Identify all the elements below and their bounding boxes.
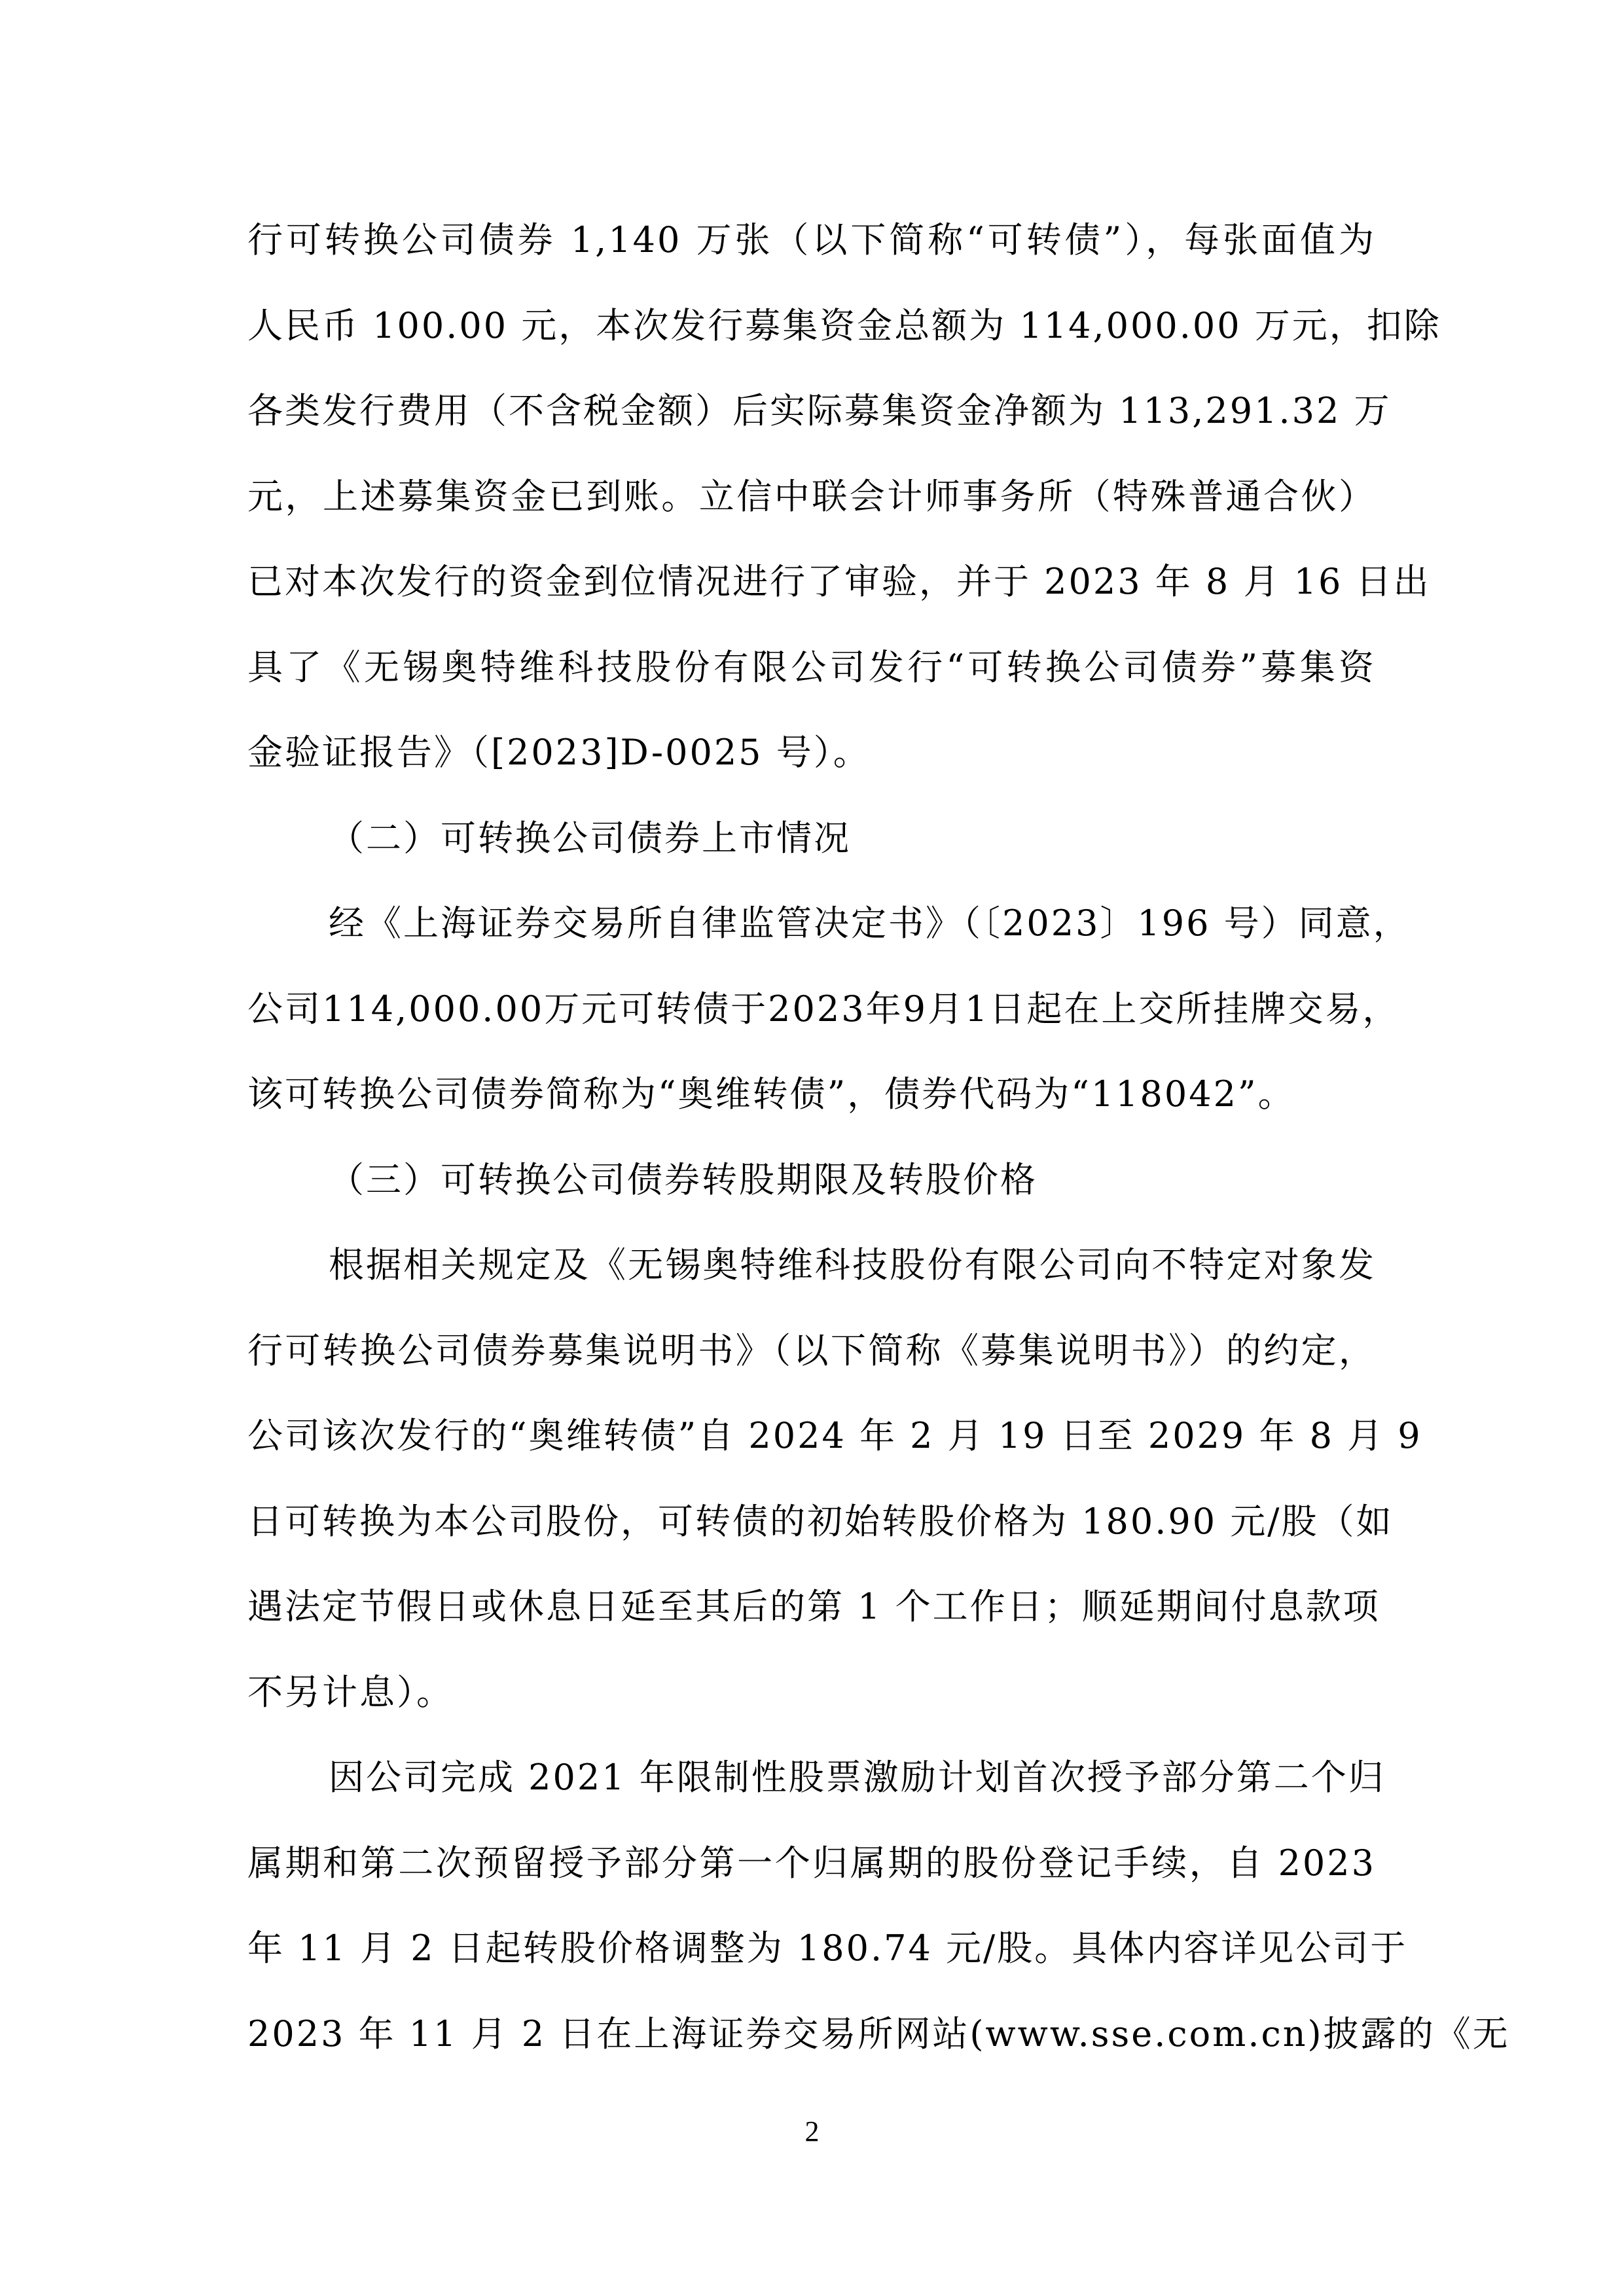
paragraph-price-adjustment: 因公司完成 2021 年限制性股票激励计划首次授予部分第二个归 属期和第二次预留… xyxy=(247,1748,1376,2090)
document-body: 行可转换公司债券 1,140 万张（以下简称“可转债”），每张面值为 人民币 1… xyxy=(247,211,1376,2090)
text-line: 公司114,000.00万元可转债于2023年9月1日起在上交所挂牌交易， xyxy=(247,980,1376,1066)
page-number: 2 xyxy=(0,2115,1624,2148)
text-line: 已对本次发行的资金到位情况进行了审验，并于 2023 年 8 月 16 日出 xyxy=(247,552,1376,638)
text-line: 行可转换公司债券 1,140 万张（以下简称“可转债”），每张面值为 xyxy=(247,211,1376,296)
text-line: 金验证报告》（[2023]D-0025 号）。 xyxy=(247,723,1376,809)
section-heading-listing: （二）可转换公司债券上市情况 xyxy=(247,809,1376,895)
text-line: 元，上述募集资金已到账。立信中联会计师事务所（特殊普通合伙） xyxy=(247,467,1376,553)
text-line: 公司该次发行的“奥维转债”自 2024 年 2 月 19 日至 2029 年 8… xyxy=(247,1407,1376,1492)
text-line: 行可转换公司债券募集说明书》（以下简称《募集说明书》）的约定， xyxy=(247,1321,1376,1407)
text-line: 经《上海证券交易所自律监管决定书》（〔2023〕196 号）同意， xyxy=(247,894,1376,980)
text-line: 2023 年 11 月 2 日在上海证券交易所网站(www.sse.com.cn… xyxy=(247,2005,1376,2090)
text-line: 年 11 月 2 日起转股价格调整为 180.74 元/股。具体内容详见公司于 xyxy=(247,1919,1376,2005)
paragraph-listing-details: 经《上海证券交易所自律监管决定书》（〔2023〕196 号）同意， 公司114,… xyxy=(247,894,1376,1151)
text-line: 不另计息）。 xyxy=(247,1663,1376,1749)
text-line: 根据相关规定及《无锡奥特维科技股份有限公司向不特定对象发 xyxy=(247,1236,1376,1321)
text-line: 因公司完成 2021 年限制性股票激励计划首次授予部分第二个归 xyxy=(247,1748,1376,1834)
text-line: 该可转换公司债券简称为“奥维转债”，债券代码为“118042”。 xyxy=(247,1065,1376,1151)
section-heading-conversion: （三）可转换公司债券转股期限及转股价格 xyxy=(247,1151,1376,1236)
text-line: 各类发行费用（不含税金额）后实际募集资金净额为 113,291.32 万 xyxy=(247,382,1376,467)
text-line: 日可转换为本公司股份，可转债的初始转股价格为 180.90 元/股（如 xyxy=(247,1492,1376,1578)
text-line: 人民币 100.00 元，本次发行募集资金总额为 114,000.00 万元，扣… xyxy=(247,296,1376,382)
document-page: 行可转换公司债券 1,140 万张（以下简称“可转债”），每张面值为 人民币 1… xyxy=(0,0,1624,2296)
text-line: 遇法定节假日或休息日延至其后的第 1 个工作日；顺延期间付息款项 xyxy=(247,1577,1376,1663)
paragraph-conversion-period: 根据相关规定及《无锡奥特维科技股份有限公司向不特定对象发 行可转换公司债券募集说… xyxy=(247,1236,1376,1748)
paragraph-fundraising-details: 行可转换公司债券 1,140 万张（以下简称“可转债”），每张面值为 人民币 1… xyxy=(247,211,1376,809)
text-line: 属期和第二次预留授予部分第一个归属期的股份登记手续，自 2023 xyxy=(247,1834,1376,1920)
text-line: 具了《无锡奥特维科技股份有限公司发行“可转换公司债券”募集资 xyxy=(247,638,1376,724)
